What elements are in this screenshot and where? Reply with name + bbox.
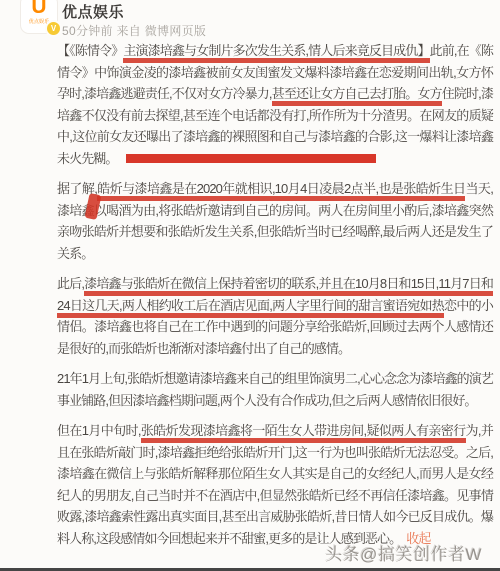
username[interactable]: 优点娱乐 [62,1,124,22]
text-segment: 21年1月上旬,张皓炘想邀请漆培鑫来自己的组里饰演男二,心心念念为漆培鑫的演艺事… [57,371,493,408]
paragraph: 21年1月上旬,张皓炘想邀请漆培鑫来自己的组里饰演男二,心心念念为漆培鑫的演艺事… [57,368,493,411]
text-segment: 此后, [57,276,84,291]
post-body: 【《陈情令》主演漆培鑫与女制片多次发生关系,情人后来竟反目成仇】此前,在《陈情令… [57,40,493,558]
post-meta: 50分钟前 来自 微博网页版 [62,22,206,39]
text-segment: 为,并且在张皓炘敲门时,漆培鑫拒绝给张皓炘开门,这一行为也叫张皓炘无法忍受。之后… [57,423,493,546]
red-marker-bar [126,154,376,163]
verified-badge-icon: V [45,20,62,37]
text-segment-underlined: 皓炘与漆培鑫是在2020年就相识,10月4日凌晨2点半,也是张皓炘生日 [97,181,465,201]
text-segment: 但在1月中旬时, [57,423,141,438]
paragraph: 据了解,皓炘与漆培鑫是在2020年就相识,10月4日凌晨2点半,也是张皓炘生日当… [57,178,493,264]
weibo-post-screenshot: U 优点娱乐 V 优点娱乐 50分钟前 来自 微博网页版 【《陈情令》主演漆培鑫… [0,0,500,571]
text-segment: 【《陈情令》 [57,43,123,58]
paragraph: 但在1月中旬时,张皓炘发现漆培鑫将一陌生女人带进房间,疑似两人有亲密行为,并且在… [57,420,493,549]
paragraph: 此后,漆培鑫与张皓炘在微信上保持着密切的联系,并且在10月8日和15日,11月7… [57,273,493,359]
avatar[interactable]: U 优点娱乐 V [20,0,58,34]
u-logo-icon: U [21,0,57,19]
text-segment-underlined: 张皓炘发现漆培鑫将一陌生女人带进房间,疑似两人有亲密行 [141,423,466,443]
watermark: 头条@搞笑创作者W [325,540,482,565]
text-segment-underlined: 甚至还让女方自己去打胎。女方 [272,86,442,106]
text-segment-underlined: 漆培鑫与张皓炘在微信上保持着密切的联系,并且在10月8日和15日,11月7日和2… [57,276,493,318]
text-segment-underlined: 主演漆培鑫与女制片多次发生关系,情人后来竟反目成仇】 [123,43,429,63]
paragraph: 【《陈情令》主演漆培鑫与女制片多次发生关系,情人后来竟反目成仇】此前,在《陈情令… [57,40,493,169]
